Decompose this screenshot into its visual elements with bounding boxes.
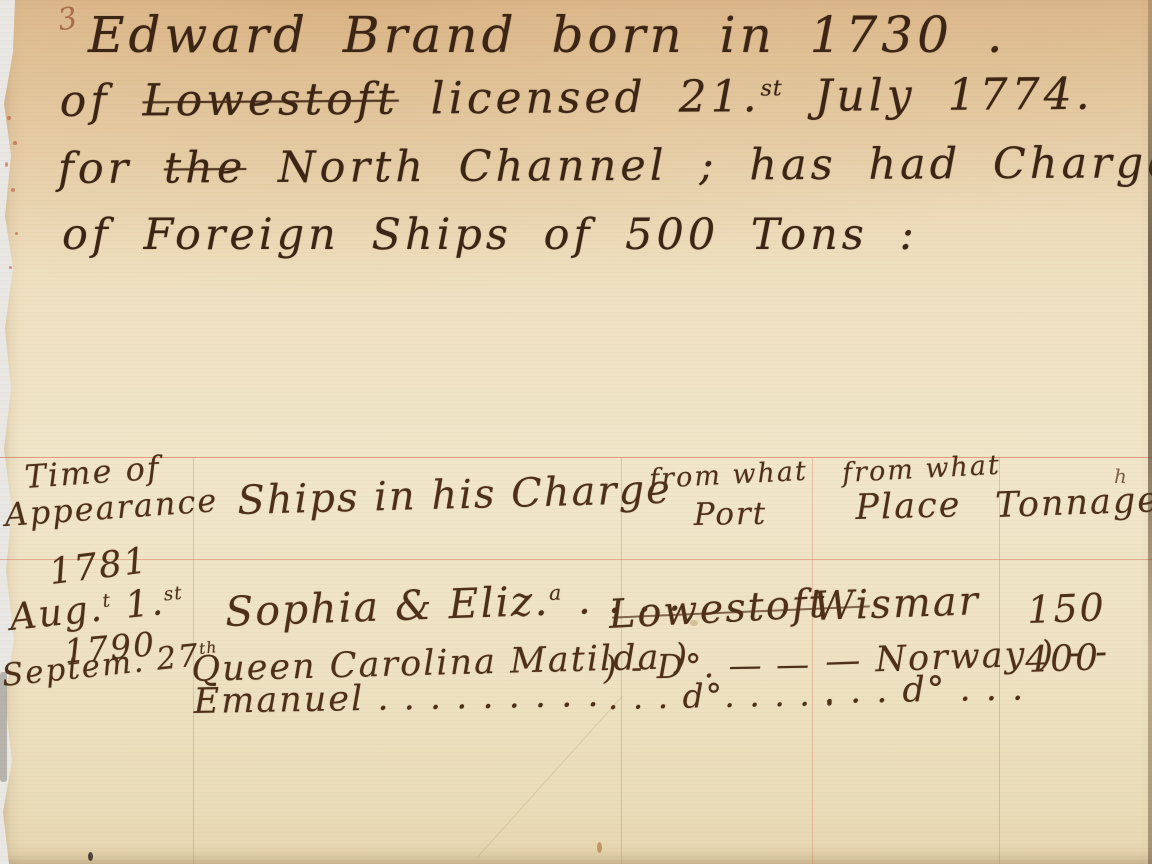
- row-tonnage: 150: [1026, 585, 1106, 632]
- edge-speckle: [9, 266, 12, 269]
- heading-line-3-pre: for: [58, 143, 164, 194]
- row-port: . . . d°. . . . .: [607, 674, 837, 717]
- col-header-tonnage: Tonnage: [995, 480, 1152, 526]
- heading-line-4: of Foreign Ships of 500 Tons :: [62, 210, 918, 260]
- edge-speckle: [15, 232, 18, 235]
- edge-speckle: [13, 141, 17, 145]
- ink-smudge: [690, 620, 698, 626]
- corner-mark: h: [1114, 464, 1127, 488]
- heading-line-3-struck-word: the: [164, 143, 247, 193]
- paper-sheet: [0, 0, 1152, 864]
- heading-line-3-post: North Channel ; has had Charge: [246, 138, 1152, 193]
- edge-speckle: [5, 162, 8, 167]
- edge-speckle: [11, 188, 15, 192]
- ink-smudge: [597, 842, 602, 853]
- row-ship-leader-dots: . . . . . . . . .: [364, 675, 601, 719]
- heading-line-1-text: Edward Brand born in 1730 .: [88, 6, 1007, 64]
- edge-speckle: [7, 116, 11, 120]
- heading-line-2-mid: licensed 21.: [399, 71, 761, 125]
- row-ship-superscript: a: [549, 581, 563, 605]
- heading-line-2-pre: of: [60, 75, 143, 127]
- ink-smudge: [88, 852, 93, 861]
- heading-line-1: Edward Brand born in 1730 .: [88, 6, 1007, 64]
- row-date-text-2: 1.: [109, 580, 166, 628]
- heading-line-2-struck-word: Lowestoft: [142, 74, 398, 127]
- heading-line-2-post: July 1774.: [783, 69, 1094, 122]
- row-date-superscript-2: st: [163, 583, 184, 606]
- row-ship-name: Emanuel . . . . . . . . .: [193, 675, 601, 722]
- col-header-place: Place: [855, 485, 962, 528]
- row-tonnage: 400: [1025, 637, 1101, 681]
- heading-line-4-text: of Foreign Ships of 500 Tons :: [62, 210, 918, 260]
- heading-line-2: of Lowestoft licensed 21.st July 1774.: [60, 69, 1094, 127]
- page-gutter-edge: [1148, 0, 1152, 864]
- row-place: Wismar: [812, 578, 980, 630]
- heading-line-3: for the North Channel ; has had Charge: [58, 138, 1152, 194]
- row-place: . . . d° . . .: [823, 668, 1025, 712]
- heading-line-2-superscript: st: [760, 76, 782, 101]
- col-header-port: Port: [693, 496, 767, 533]
- row-ship-text: Emanuel: [193, 679, 364, 722]
